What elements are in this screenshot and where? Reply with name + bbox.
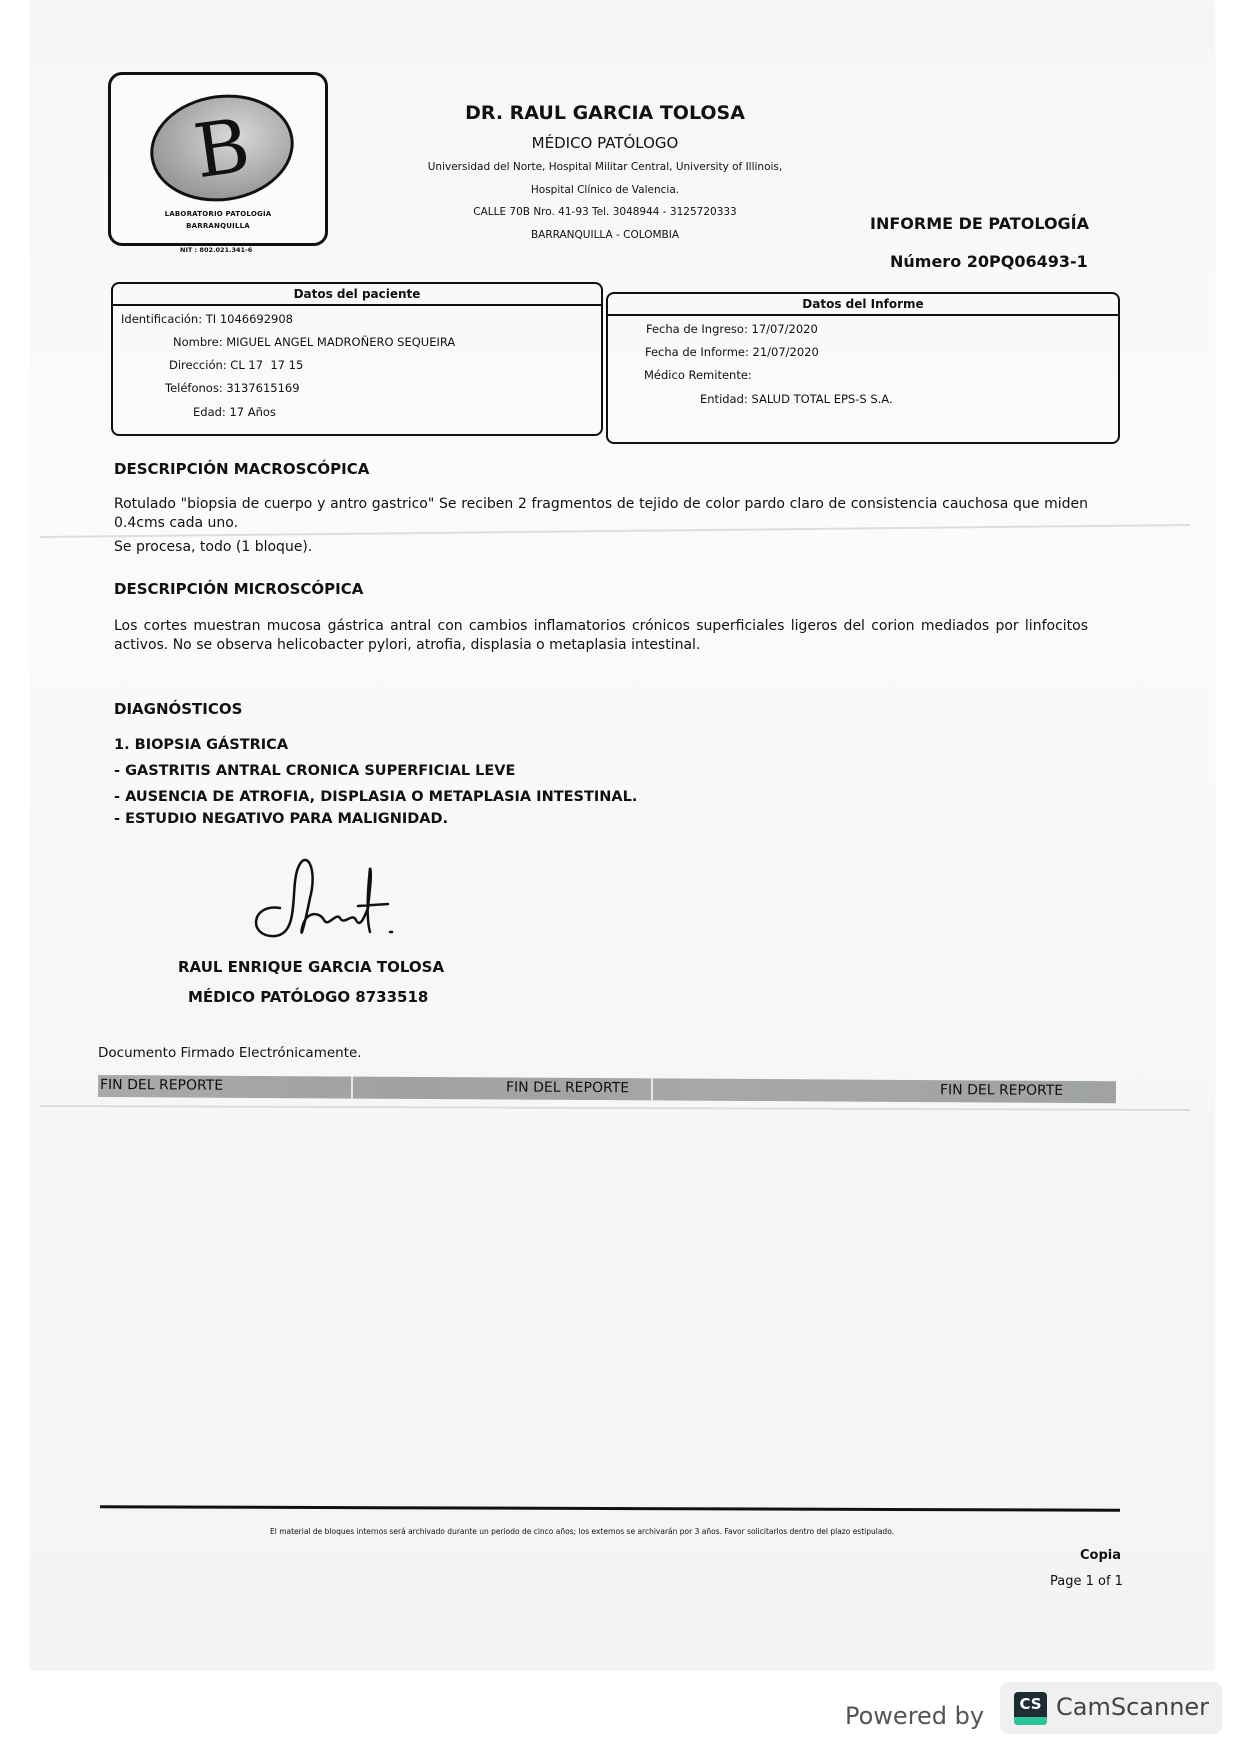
diagnostics-title: DIAGNÓSTICOS bbox=[114, 700, 242, 718]
field-label: Fecha de Informe: bbox=[645, 345, 749, 359]
field-label: Edad: bbox=[193, 405, 226, 419]
report-data-box: Datos del Informe Fecha de Ingreso: 17/0… bbox=[606, 292, 1120, 444]
diagnosis-item: - GASTRITIS ANTRAL CRONICA SUPERFICIAL L… bbox=[114, 763, 515, 779]
field-label: Médico Remitente: bbox=[644, 368, 752, 382]
page-indicator: Page 1 of 1 bbox=[1050, 1574, 1123, 1589]
logo-letter: B bbox=[149, 103, 296, 195]
nit-number: NIT : 802.021.341-6 bbox=[180, 246, 252, 254]
bar-separator bbox=[651, 1078, 653, 1100]
end-label: FIN DEL REPORTE bbox=[100, 1077, 223, 1094]
admission-date-value: 17/07/2020 bbox=[752, 322, 818, 336]
report-type-title: INFORME DE PATOLOGÍA bbox=[870, 214, 1089, 233]
affiliations-line2: Hospital Clínico de Valencia. bbox=[380, 184, 830, 196]
patient-phone-value: 3137615169 bbox=[226, 381, 299, 395]
patient-id-row: Identificación: TI 1046692908 bbox=[121, 312, 293, 326]
logo-caption-line1: LABORATORIO PATOLOGÍA bbox=[111, 210, 325, 218]
address: CALLE 70B Nro. 41-93 Tel. 3048944 - 3125… bbox=[380, 206, 830, 218]
end-label: FIN DEL REPORTE bbox=[506, 1079, 629, 1096]
field-label: Teléfonos: bbox=[165, 381, 223, 395]
field-label: Dirección: bbox=[169, 358, 227, 372]
micro-title: DESCRIPCIÓN MICROSCÓPICA bbox=[114, 580, 363, 598]
copy-label: Copia bbox=[1080, 1548, 1121, 1563]
camscanner-badge: CS CamScanner bbox=[1000, 1682, 1222, 1734]
signer-name: RAUL ENRIQUE GARCIA TOLOSA bbox=[178, 958, 444, 976]
micro-text: Los cortes muestran mucosa gástrica antr… bbox=[114, 617, 1088, 655]
admission-date-row: Fecha de Ingreso: 17/07/2020 bbox=[646, 322, 818, 336]
report-date-row: Fecha de Informe: 21/07/2020 bbox=[645, 345, 819, 359]
diagnosis-item: - AUSENCIA DE ATROFIA, DISPLASIA O METAP… bbox=[114, 789, 637, 805]
report-date-value: 21/07/2020 bbox=[753, 345, 819, 359]
camscanner-icon: CS bbox=[1014, 1692, 1047, 1725]
field-label: Fecha de Ingreso: bbox=[646, 322, 748, 336]
patient-address-row: Dirección: CL 17 17 15 bbox=[169, 358, 303, 372]
diagnosis-item: 1. BIOPSIA GÁSTRICA bbox=[114, 737, 288, 753]
lab-logo: B LABORATORIO PATOLOGÍA BARRANQUILLA bbox=[108, 72, 328, 246]
macro-processing: Se procesa, todo (1 bloque). bbox=[114, 538, 1088, 557]
powered-by-label: Powered by bbox=[845, 1702, 984, 1730]
patient-name-value: MIGUEL ANGEL MADROÑERO SEQUEIRA bbox=[226, 335, 455, 349]
signer-title: MÉDICO PATÓLOGO 8733518 bbox=[188, 988, 428, 1006]
bar-separator bbox=[351, 1077, 353, 1099]
patient-address-value: CL 17 17 15 bbox=[230, 358, 303, 372]
diagnosis-item: - ESTUDIO NEGATIVO PARA MALIGNIDAD. bbox=[114, 811, 448, 827]
entity-value: SALUD TOTAL EPS-S S.A. bbox=[751, 392, 892, 406]
macro-title: DESCRIPCIÓN MACROSCÓPICA bbox=[114, 460, 369, 478]
patient-age-row: Edad: 17 Años bbox=[193, 405, 276, 419]
signature-image bbox=[240, 848, 410, 948]
camscanner-brand: CamScanner bbox=[1056, 1693, 1209, 1721]
city: BARRANQUILLA - COLOMBIA bbox=[380, 229, 830, 241]
end-label: FIN DEL REPORTE bbox=[940, 1082, 1063, 1099]
patient-phone-row: Teléfonos: 3137615169 bbox=[165, 381, 300, 395]
logo-caption-line2: BARRANQUILLA bbox=[111, 222, 325, 230]
report-number: Número 20PQ06493-1 bbox=[890, 252, 1088, 271]
entity-row: Entidad: SALUD TOTAL EPS-S S.A. bbox=[700, 392, 893, 406]
doctor-name: DR. RAUL GARCIA TOLOSA bbox=[380, 102, 830, 124]
field-label: Entidad: bbox=[700, 392, 748, 406]
report-data-heading: Datos del Informe bbox=[608, 294, 1118, 316]
patient-age-value: 17 Años bbox=[229, 405, 275, 419]
field-label: Identificación: bbox=[121, 312, 202, 326]
camscanner-icon-band bbox=[1014, 1717, 1047, 1725]
logo-emblem: B bbox=[143, 85, 300, 210]
camscanner-icon-text: CS bbox=[1014, 1695, 1047, 1713]
patient-name-row: Nombre: MIGUEL ANGEL MADROÑERO SEQUEIRA bbox=[173, 335, 455, 349]
field-label: Nombre: bbox=[173, 335, 223, 349]
footer-note: El material de bloques internos será arc… bbox=[270, 1527, 894, 1536]
macro-text: Rotulado "biopsia de cuerpo y antro gast… bbox=[114, 495, 1088, 533]
referring-doctor-row: Médico Remitente: bbox=[644, 368, 752, 382]
doctor-title: MÉDICO PATÓLOGO bbox=[380, 134, 830, 152]
patient-data-box: Datos del paciente Identificación: TI 10… bbox=[111, 282, 603, 436]
patient-id-value: TI 1046692908 bbox=[206, 312, 293, 326]
patient-data-heading: Datos del paciente bbox=[113, 284, 601, 306]
electronic-signature-note: Documento Firmado Electrónicamente. bbox=[98, 1045, 362, 1061]
affiliations-line1: Universidad del Norte, Hospital Militar … bbox=[380, 161, 830, 173]
